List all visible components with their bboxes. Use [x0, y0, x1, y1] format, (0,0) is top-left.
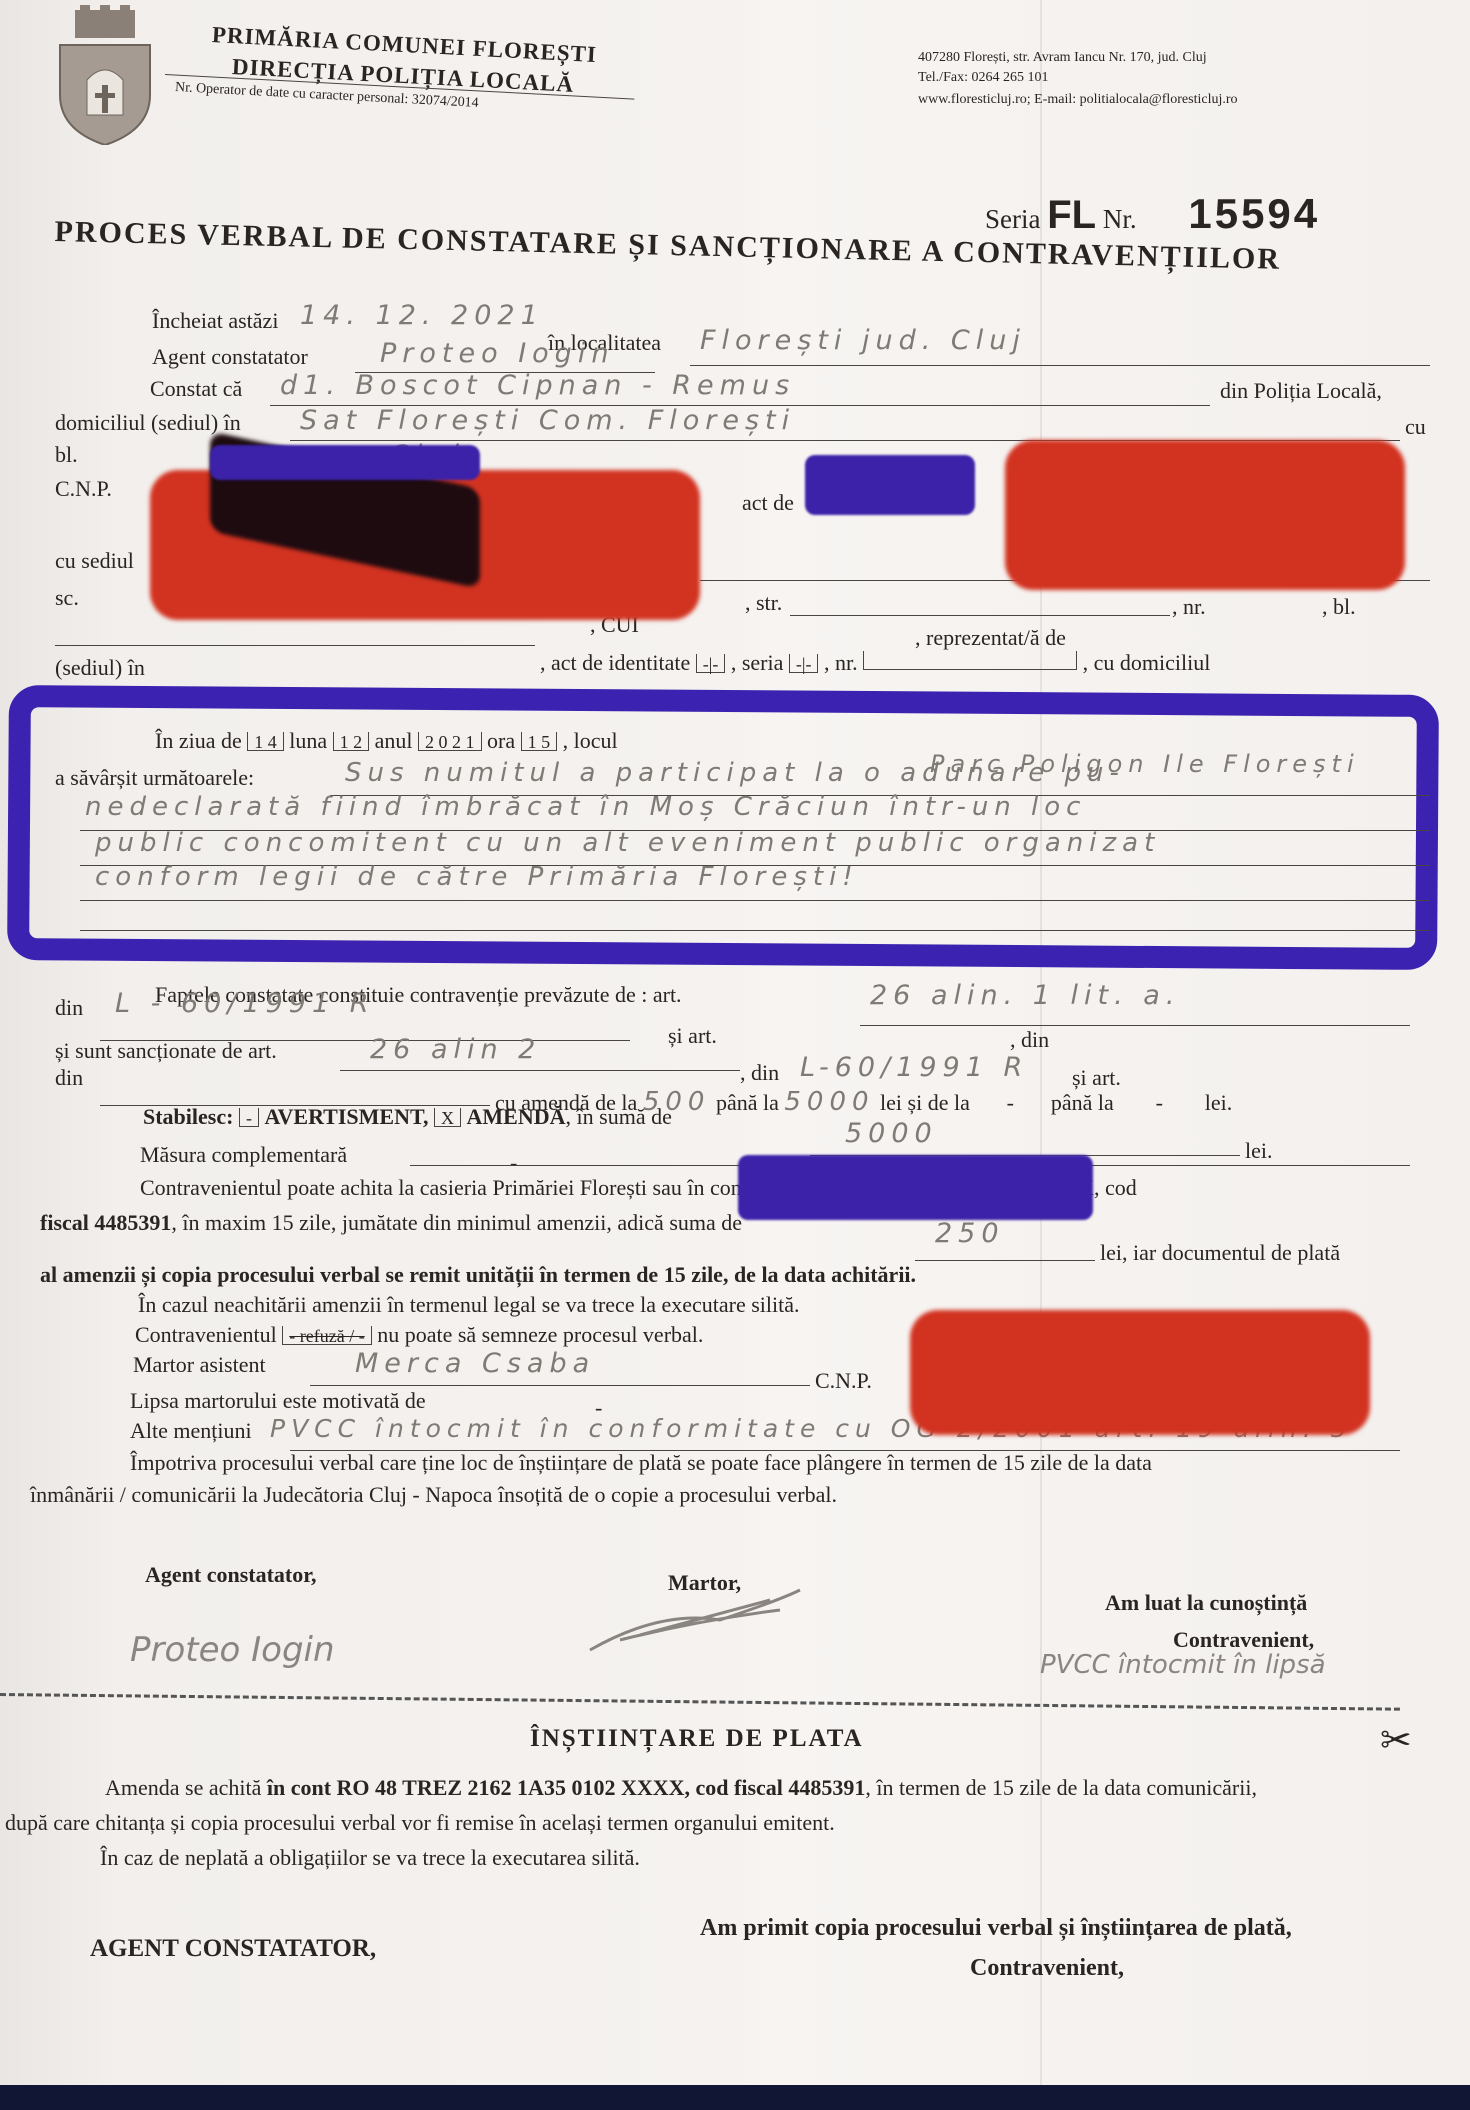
stabilesc-label: Stabilesc: — [143, 1104, 233, 1129]
incheiat-label: Încheiat astăzi — [152, 308, 278, 334]
pana-la-label: până la — [716, 1090, 779, 1115]
date-row: În ziua de 1 4 luna 1 2 anul 2 0 2 1 ora… — [155, 728, 618, 754]
notice-paragraph: În caz de neplată a obligațiilor se va t… — [100, 1845, 640, 1871]
ziua-value: 1 4 — [247, 732, 284, 751]
constat-value: d1. Boscot Cipnan - Remus — [280, 370, 795, 401]
plangere-line: Împotriva procesului verbal care ține lo… — [130, 1450, 1152, 1476]
avertisment-checkbox: - — [239, 1108, 259, 1127]
constat-label: Constat că — [150, 376, 242, 402]
lei-si-de-la-label: lei și de la — [880, 1090, 970, 1115]
cod-fiscal: fiscal 4485391 — [40, 1210, 171, 1235]
domiciliu-label: domiciliul (sediul) în — [55, 410, 241, 436]
description-line: nedeclarată fiind îmbrăcat în Moș Crăciu… — [85, 792, 1086, 822]
din-value: L - 60/1991 R — [115, 988, 374, 1019]
refuza-suffix: nu poate să semneze procesul verbal. — [377, 1322, 703, 1347]
decision-row: Stabilesc: - AVERTISMENT, X AMENDĂ, în s… — [143, 1104, 672, 1130]
redaction-blue — [805, 455, 975, 515]
coat-of-arms-icon — [55, 5, 155, 145]
refuza-box: - refuză / - — [282, 1326, 371, 1345]
notice-contravenient-label: Contravenient, — [970, 1955, 1124, 1982]
plangere-line: înmânării / comunicării la Judecătoria C… — [30, 1482, 837, 1508]
cnp-label: C.N.P. — [55, 476, 112, 502]
notice-text: , în termen de 15 zile de la data comuni… — [865, 1775, 1257, 1800]
nr-field-label: , nr. — [1172, 594, 1206, 620]
bl-label: bl. — [55, 442, 78, 468]
suma-lei-label: lei. — [1245, 1138, 1273, 1164]
amenda-max-value: 5000 — [784, 1087, 874, 1117]
document-page: PRIMĂRIA COMUNEI FLOREȘTI DIRECȚIA POLIȚ… — [0, 0, 1470, 2085]
localitate-value: Florești jud. Cluj — [700, 325, 1026, 356]
redaction-blue — [738, 1155, 1093, 1220]
str-label: , str. — [745, 590, 782, 616]
id-nr-box — [863, 651, 1077, 670]
sediul-in-label: (sediul) în — [55, 655, 145, 681]
payment-line: al amenzii și copia procesului verbal se… — [40, 1262, 916, 1288]
domiciliu-value: Sat Florești Com. Florești — [300, 405, 795, 436]
second-max-value: - — [1119, 1090, 1199, 1116]
agent-signature: Proteo Iogin — [130, 1630, 335, 1670]
address: 407280 Florești, str. Avram Iancu Nr. 17… — [918, 50, 1207, 66]
avertisment-label: AVERTISMENT, — [264, 1104, 428, 1129]
refuza-row: Contravenientul - refuză / - nu poate să… — [135, 1322, 703, 1348]
martor-value: Merca Csaba — [355, 1348, 595, 1379]
description-line: Sus numitul a participat la o adunare pu… — [345, 758, 1125, 788]
second-min-value: - — [975, 1090, 1045, 1116]
cut-line — [0, 1693, 1400, 1711]
lei-label: lei. — [1205, 1090, 1233, 1115]
act-identitate-label: , act de identitate — [540, 650, 690, 675]
martor-cnp-label: C.N.P. — [815, 1368, 872, 1394]
serial-number: Seria FL Nr. 15594 — [985, 190, 1320, 238]
id-seria-box: -|- — [789, 654, 819, 673]
sanctionate-value: 26 alin 2 — [370, 1034, 541, 1065]
din3-value: L-60/1991 R — [800, 1052, 1028, 1083]
bl2-label: , bl. — [1322, 594, 1356, 620]
redaction-blue — [210, 445, 480, 480]
refuza-prefix: Contravenientul — [135, 1322, 277, 1347]
martor-label: Martor asistent — [133, 1352, 266, 1378]
nr-label: Nr. — [1103, 204, 1137, 234]
notice-received-label: Am primit copia procesului verbal și înș… — [700, 1915, 1292, 1942]
description-line: conform legii de către Primăria Florești… — [95, 862, 859, 892]
ora-label: ora — [487, 728, 515, 753]
luna-label: luna — [289, 728, 327, 753]
masura-value: - — [510, 1150, 517, 1176]
act-de-label: act de — [742, 490, 794, 516]
alte-label: Alte mențiuni — [130, 1418, 252, 1444]
din2-label: , din — [1010, 1027, 1049, 1053]
agent-label: Agent constatator — [152, 344, 308, 370]
notice-text: Amenda se achită — [105, 1775, 267, 1800]
fapte-art-value: 26 alin. 1 lit. a. — [870, 980, 1180, 1011]
redaction-red — [910, 1310, 1370, 1435]
reprezentat-label: , reprezentat/ă de — [915, 625, 1066, 651]
amenda-checkbox: X — [434, 1108, 461, 1127]
anul-label: anul — [375, 728, 413, 753]
politia-suffix: din Poliția Locală, — [1220, 378, 1382, 404]
din3-label: , din — [740, 1060, 779, 1086]
description-line: public concomitent cu un alt eveniment p… — [95, 828, 1160, 858]
redaction-red — [1005, 440, 1405, 590]
nr-value: 15594 — [1188, 190, 1320, 237]
id-nr-label: , nr. — [824, 650, 858, 675]
seria-label: Seria — [985, 204, 1040, 234]
din-label: din — [55, 995, 83, 1021]
agent-signature-label: Agent constatator, — [145, 1562, 317, 1588]
suma-value: 5000 — [845, 1118, 938, 1149]
am-luat-label: Am luat la cunoștință — [1105, 1590, 1307, 1616]
notice-agent-label: AGENT CONSTATATOR, — [90, 1935, 376, 1963]
payment-line: lei, iar documentul de plată — [1100, 1240, 1340, 1266]
savarsit-label: a săvârșit următoarele: — [55, 765, 254, 791]
notice-paragraph: Amenda se achită în cont RO 48 TREZ 2162… — [105, 1775, 1257, 1801]
cu-sediul-label: cu sediul — [55, 548, 134, 574]
phone: Tel./Fax: 0264 265 101 — [918, 70, 1048, 86]
seria-value: FL — [1047, 193, 1096, 237]
half-amount-text: , în maxim 15 zile, jumătate din minimul… — [171, 1210, 742, 1235]
masura-label: Măsura complementară — [140, 1142, 347, 1168]
cu-domiciliul-label: , cu domiciliul — [1083, 650, 1211, 675]
act-identitate-row: , act de identitate -|- , seria -|- , nr… — [540, 650, 1210, 676]
notice-title: ÎNȘTIINȚARE DE PLATA — [530, 1725, 864, 1753]
half-amount-value: 250 — [935, 1218, 1005, 1249]
contravenient-signature: PVCC întocmit în lipsă — [1040, 1650, 1326, 1680]
locul-label: , locul — [563, 728, 618, 753]
si-art-label: și art. — [668, 1023, 717, 1049]
pana-la2-label: până la — [1051, 1090, 1114, 1115]
lipsa-label: Lipsa martorului este motivată de — [130, 1388, 426, 1414]
agent-value: Proteo Iogin — [380, 338, 614, 369]
martor-signature-icon — [580, 1580, 810, 1660]
luna-value: 1 2 — [333, 732, 370, 751]
cu-label: cu — [1405, 414, 1426, 440]
ora-value: 1 5 — [521, 732, 558, 751]
amenda-label: AMENDĂ — [467, 1104, 566, 1129]
scissors-icon: ✂ — [1380, 1718, 1412, 1762]
ziua-label: În ziua de — [155, 728, 242, 753]
id-seria-label: , seria — [731, 650, 784, 675]
notice-account: în cont RO 48 TREZ 2162 1A35 0102 XXXX, … — [267, 1775, 866, 1800]
anul-value: 2 0 2 1 — [418, 732, 482, 751]
web-email: www.floresticluj.ro; E-mail: politialoca… — [918, 92, 1238, 108]
sc-label: sc. — [55, 585, 79, 611]
incheiat-value: 14. 12. 2021 — [300, 300, 544, 331]
din4-label: din — [55, 1065, 83, 1091]
notice-paragraph: după care chitanța și copia procesului v… — [5, 1810, 835, 1836]
payment-line: În cazul neachitării amenzii în termenul… — [138, 1292, 800, 1318]
sanctionate-label: și sunt sancționate de art. — [55, 1038, 277, 1064]
in-suma-label: , în sumă de — [566, 1104, 672, 1129]
payment-line: fiscal 4485391, în maxim 15 zile, jumăta… — [40, 1210, 742, 1236]
act-identitate-box: -|- — [696, 654, 726, 673]
